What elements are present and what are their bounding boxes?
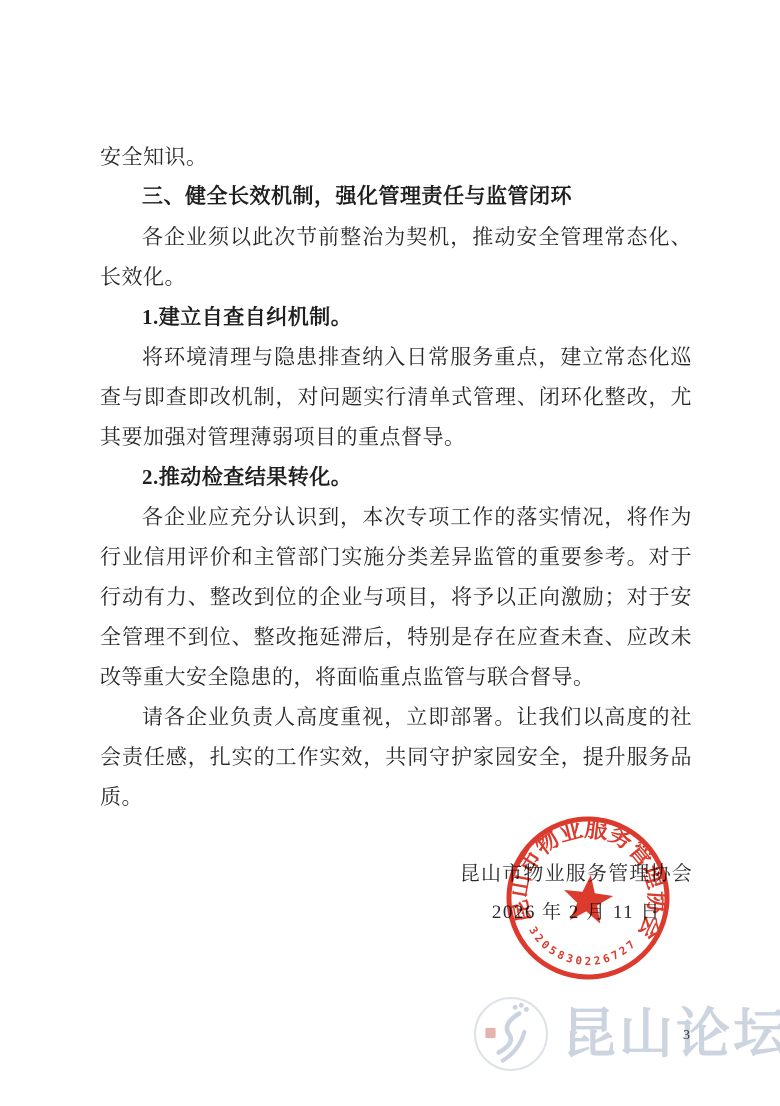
sub-heading-2: 2.推动检查结果转化。 (100, 457, 692, 497)
signature-block: 昆山市物业服务管理协会 2026 年 2 月 11 日 (460, 863, 693, 924)
forum-watermark: 昆山论坛 (472, 995, 780, 1073)
document-body: 安全知识。 三、健全长效机制，强化管理责任与监管闭环 各企业须以此次节前整治为契… (100, 137, 692, 817)
section-heading: 三、健全长效机制，强化管理责任与监管闭环 (100, 177, 692, 217)
page-number: 3 (683, 1028, 690, 1044)
svg-text:3205830226727: 3205830226727 (523, 923, 641, 974)
kunshan-forum-logo-icon (472, 995, 550, 1073)
sub-heading-1: 1.建立自查自纠机制。 (100, 297, 692, 337)
document-page: 安全知识。 三、健全长效机制，强化管理责任与监管闭环 各企业须以此次节前整治为契… (0, 0, 780, 1106)
signature-org: 昆山市物业服务管理协会 (460, 863, 693, 885)
seal-serial-number: 3205830226727 (523, 923, 641, 974)
signature-date: 2026 年 2 月 11 日 (460, 902, 693, 924)
paragraph-continuation: 安全知识。 (100, 137, 692, 177)
paragraph: 将环境清理与隐患排查纳入日常服务重点，建立常态化巡查与即查即改机制，对问题实行清… (100, 337, 692, 457)
paragraph: 各企业须以此次节前整治为契机，推动安全管理常态化、长效化。 (100, 217, 692, 297)
watermark-text: 昆山论坛 (562, 995, 780, 1073)
paragraph-closing: 请各企业负责人高度重视，立即部署。让我们以高度的社会责任感，扎实的工作实效，共同… (100, 697, 692, 817)
paragraph: 各企业应充分认识到，本次专项工作的落实情况，将作为行业信用评价和主管部门实施分类… (100, 497, 692, 697)
